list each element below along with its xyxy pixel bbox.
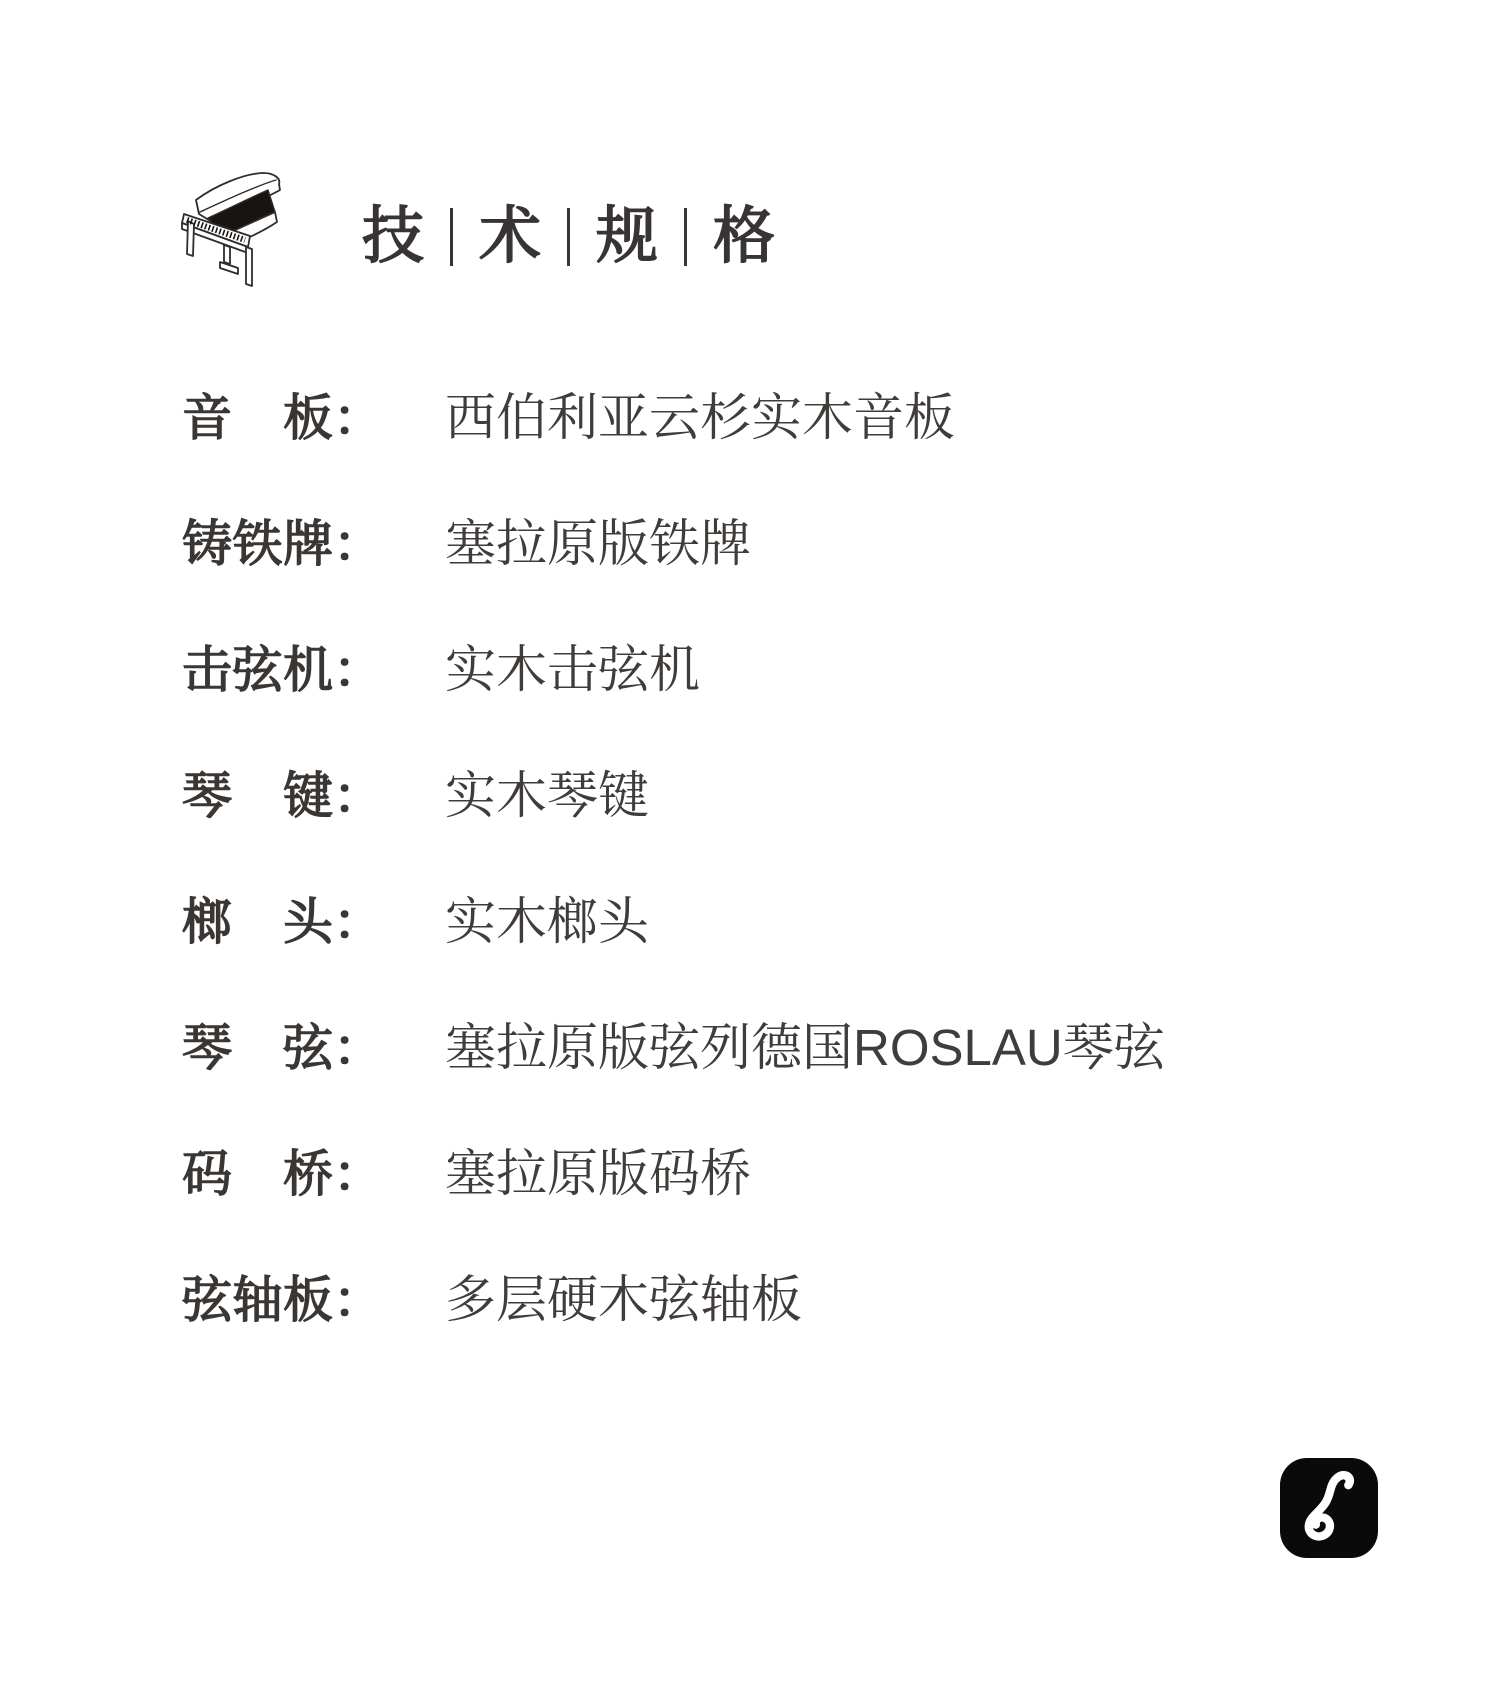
- spec-colon: ：: [333, 390, 383, 446]
- label-char: 板: [283, 390, 333, 446]
- spec-colon: ：: [333, 894, 383, 950]
- spec-value: 实木榔头: [445, 894, 649, 950]
- spec-value: 塞拉原版铁牌: [445, 516, 751, 572]
- spec-label: 琴键: [182, 768, 333, 824]
- label-char: 击: [182, 642, 232, 698]
- spec-label: 码桥: [182, 1146, 333, 1202]
- label-char: 牌: [283, 516, 333, 572]
- spec-label: 击弦机: [182, 642, 333, 698]
- spec-row: 击弦机 ： 实木击弦机: [182, 642, 1165, 698]
- label-char: 榔: [182, 894, 232, 950]
- spec-sheet-page: 技 术 规 格 音板 ： 西伯利亚云杉实木音板 铸铁牌 ： 塞拉原版铁牌 击弦机: [0, 0, 1500, 1690]
- label-char: 弦: [283, 1020, 333, 1076]
- spec-colon: ：: [333, 768, 383, 824]
- spec-label: 铸铁牌: [182, 516, 333, 572]
- label-char: 铸: [182, 516, 232, 572]
- spec-colon: ：: [333, 1146, 383, 1202]
- label-char: 音: [182, 390, 232, 446]
- page-title: 技 术 规 格: [362, 206, 775, 268]
- label-char: 键: [283, 768, 333, 824]
- spec-colon: ：: [333, 516, 383, 572]
- spec-row: 铸铁牌 ： 塞拉原版铁牌: [182, 516, 1165, 572]
- label-char: 弦: [182, 1272, 232, 1328]
- spec-label: 榔头: [182, 894, 333, 950]
- spec-colon: ：: [333, 1272, 383, 1328]
- spec-row: 弦轴板 ： 多层硬木弦轴板: [182, 1272, 1165, 1328]
- title-char: 技: [362, 206, 424, 268]
- spec-colon: ：: [333, 642, 383, 698]
- label-char: 轴: [233, 1272, 283, 1328]
- header: 技 术 规 格: [178, 170, 775, 288]
- label-char: 机: [283, 642, 333, 698]
- title-separator: [450, 208, 453, 266]
- spec-row: 音板 ： 西伯利亚云杉实木音板: [182, 390, 1165, 446]
- spec-label: 音板: [182, 390, 333, 446]
- script-s-logo-icon: [1286, 1464, 1372, 1552]
- label-char: 琴: [182, 768, 232, 824]
- spec-value: 多层硬木弦轴板: [445, 1272, 802, 1328]
- spec-label: 琴弦: [182, 1020, 333, 1076]
- label-char: 头: [283, 894, 333, 950]
- brand-logo-badge: [1280, 1458, 1378, 1558]
- spec-value: 塞拉原版码桥: [445, 1146, 751, 1202]
- title-char: 格: [713, 206, 775, 268]
- label-char: 板: [283, 1272, 333, 1328]
- title-char: 规: [596, 206, 658, 268]
- grand-piano-icon: [178, 170, 282, 288]
- spec-value: 西伯利亚云杉实木音板: [445, 390, 955, 446]
- spec-row: 榔头 ： 实木榔头: [182, 894, 1165, 950]
- spec-row: 琴键 ： 实木琴键: [182, 768, 1165, 824]
- spec-value: 实木琴键: [445, 768, 649, 824]
- spec-row: 琴弦 ： 塞拉原版弦列德国ROSLAU琴弦: [182, 1020, 1165, 1076]
- label-char: 琴: [182, 1020, 232, 1076]
- spec-value: 塞拉原版弦列德国ROSLAU琴弦: [445, 1020, 1165, 1076]
- title-separator: [567, 208, 570, 266]
- spec-row: 码桥 ： 塞拉原版码桥: [182, 1146, 1165, 1202]
- spec-value: 实木击弦机: [445, 642, 700, 698]
- spec-colon: ：: [333, 1020, 383, 1076]
- label-char: 铁: [233, 516, 283, 572]
- label-char: 弦: [233, 642, 283, 698]
- title-separator: [684, 208, 687, 266]
- label-char: 码: [182, 1146, 232, 1202]
- label-char: 桥: [283, 1146, 333, 1202]
- spec-label: 弦轴板: [182, 1272, 333, 1328]
- spec-list: 音板 ： 西伯利亚云杉实木音板 铸铁牌 ： 塞拉原版铁牌 击弦机 ： 实木击弦机…: [182, 390, 1165, 1398]
- title-char: 术: [479, 206, 541, 268]
